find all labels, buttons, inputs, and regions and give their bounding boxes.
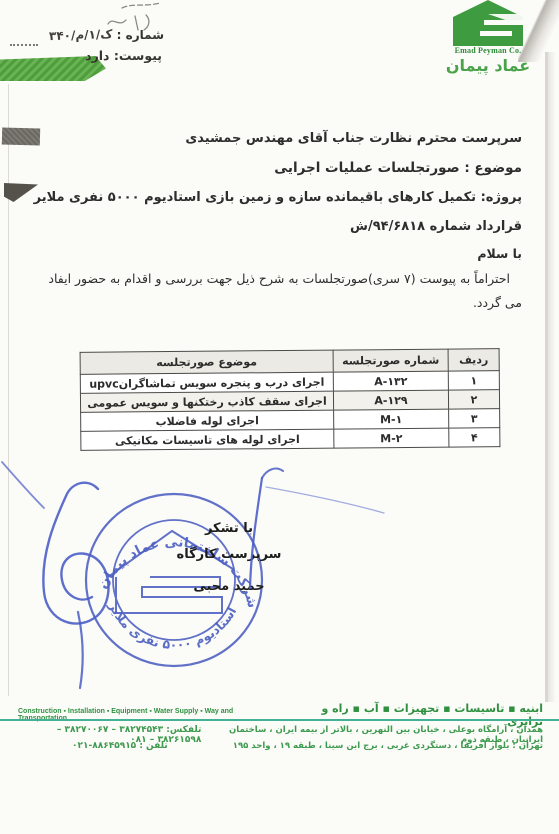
cell-row-index: ۴ — [449, 428, 500, 447]
reference-label: شماره : — [117, 28, 164, 42]
cell-row-index: ۱ — [448, 371, 499, 390]
cell-minutes-subject: اجرای درب و پنجره سویس تماشاگرانupvc — [80, 372, 333, 393]
cell-minutes-subject: اجرای لوله های تاسیسات مکانیکی — [81, 429, 334, 450]
footer-address-row-tehran: تهران : بلوار آفریقا ، دستگردی غربی ، بر… — [14, 741, 543, 751]
body-paragraph-line1: احتراماً به پیوست (۷ سری)صورتجلسات به شر… — [22, 271, 522, 287]
company-name-fa: عماد پیمان — [437, 56, 539, 75]
cell-row-index: ۲ — [448, 390, 499, 409]
header-minutes-subject: موضوع صورتجلسه — [80, 350, 333, 374]
attachment-line: پیوست: دارد — [42, 48, 162, 63]
attachment-label: پیوست: — [114, 48, 162, 63]
cell-minutes-number: A-۱۳۲ — [333, 371, 448, 391]
cell-minutes-subject: اجرای لوله فاضلاب — [81, 410, 334, 431]
table-row: ۴ M-۲ اجرای لوله های تاسیسات مکانیکی — [81, 428, 500, 451]
handwritten-signature — [0, 450, 420, 700]
header-minutes-number: شماره صورتجلسه — [333, 349, 448, 372]
scanned-letter-page: شماره : ک/۱/م/۳۴۰ پیوست: دارد Emad Peyma… — [0, 0, 559, 834]
reference-value-handwritten: ک/۱/م/۳۴۰ — [49, 27, 113, 43]
ref-dotted-line — [10, 44, 38, 46]
attachment-value: دارد — [85, 48, 109, 63]
address-tehran: تهران : بلوار آفریقا ، دستگردی غربی ، بر… — [233, 741, 543, 751]
company-name-en: Emad Peyman Co. — [437, 46, 539, 55]
salutation-line: با سلام — [22, 246, 522, 262]
recipient-line: سرپرست محترم نظارت جناب آقای مهندس جمشید… — [22, 131, 522, 148]
cell-minutes-number: A-۱۲۹ — [333, 390, 448, 410]
cell-minutes-subject: اجرای سقف کاذب رختکنها و سویس عمومی — [80, 391, 333, 412]
scan-edge-shadow-soft — [548, 52, 556, 702]
project-line: پروژه: تکمیل کارهای باقیمانده سازه و زمی… — [22, 190, 522, 207]
reference-number-line: شماره : ک/۱/م/۳۴۰ — [14, 28, 164, 42]
subject-line: موضوع : صورتجلسات عملیات اجرایی — [22, 160, 522, 178]
house-logo-icon — [450, 0, 526, 46]
body-paragraph-line2: می گردد. — [22, 295, 522, 311]
cell-row-index: ۳ — [449, 409, 500, 428]
company-logo: Emad Peyman Co. عماد پیمان — [437, 0, 539, 75]
phone-number: تلفن : ۸۸۶۴۵۹۱۵-۰۲۱ — [72, 741, 168, 751]
header-row-number: ردیف — [448, 349, 499, 371]
footer-divider-line — [0, 719, 559, 721]
letter-body: سرپرست محترم نظارت جناب آقای مهندس جمشید… — [22, 131, 522, 311]
minutes-table: ردیف شماره صورتجلسه موضوع صورتجلسه ۱ A-۱… — [80, 348, 501, 451]
cell-minutes-number: M-۱ — [334, 409, 449, 429]
contract-line: قرارداد شماره ۹۴/۶۸۱۸/ش — [22, 219, 522, 236]
cell-minutes-number: M-۲ — [334, 428, 449, 448]
